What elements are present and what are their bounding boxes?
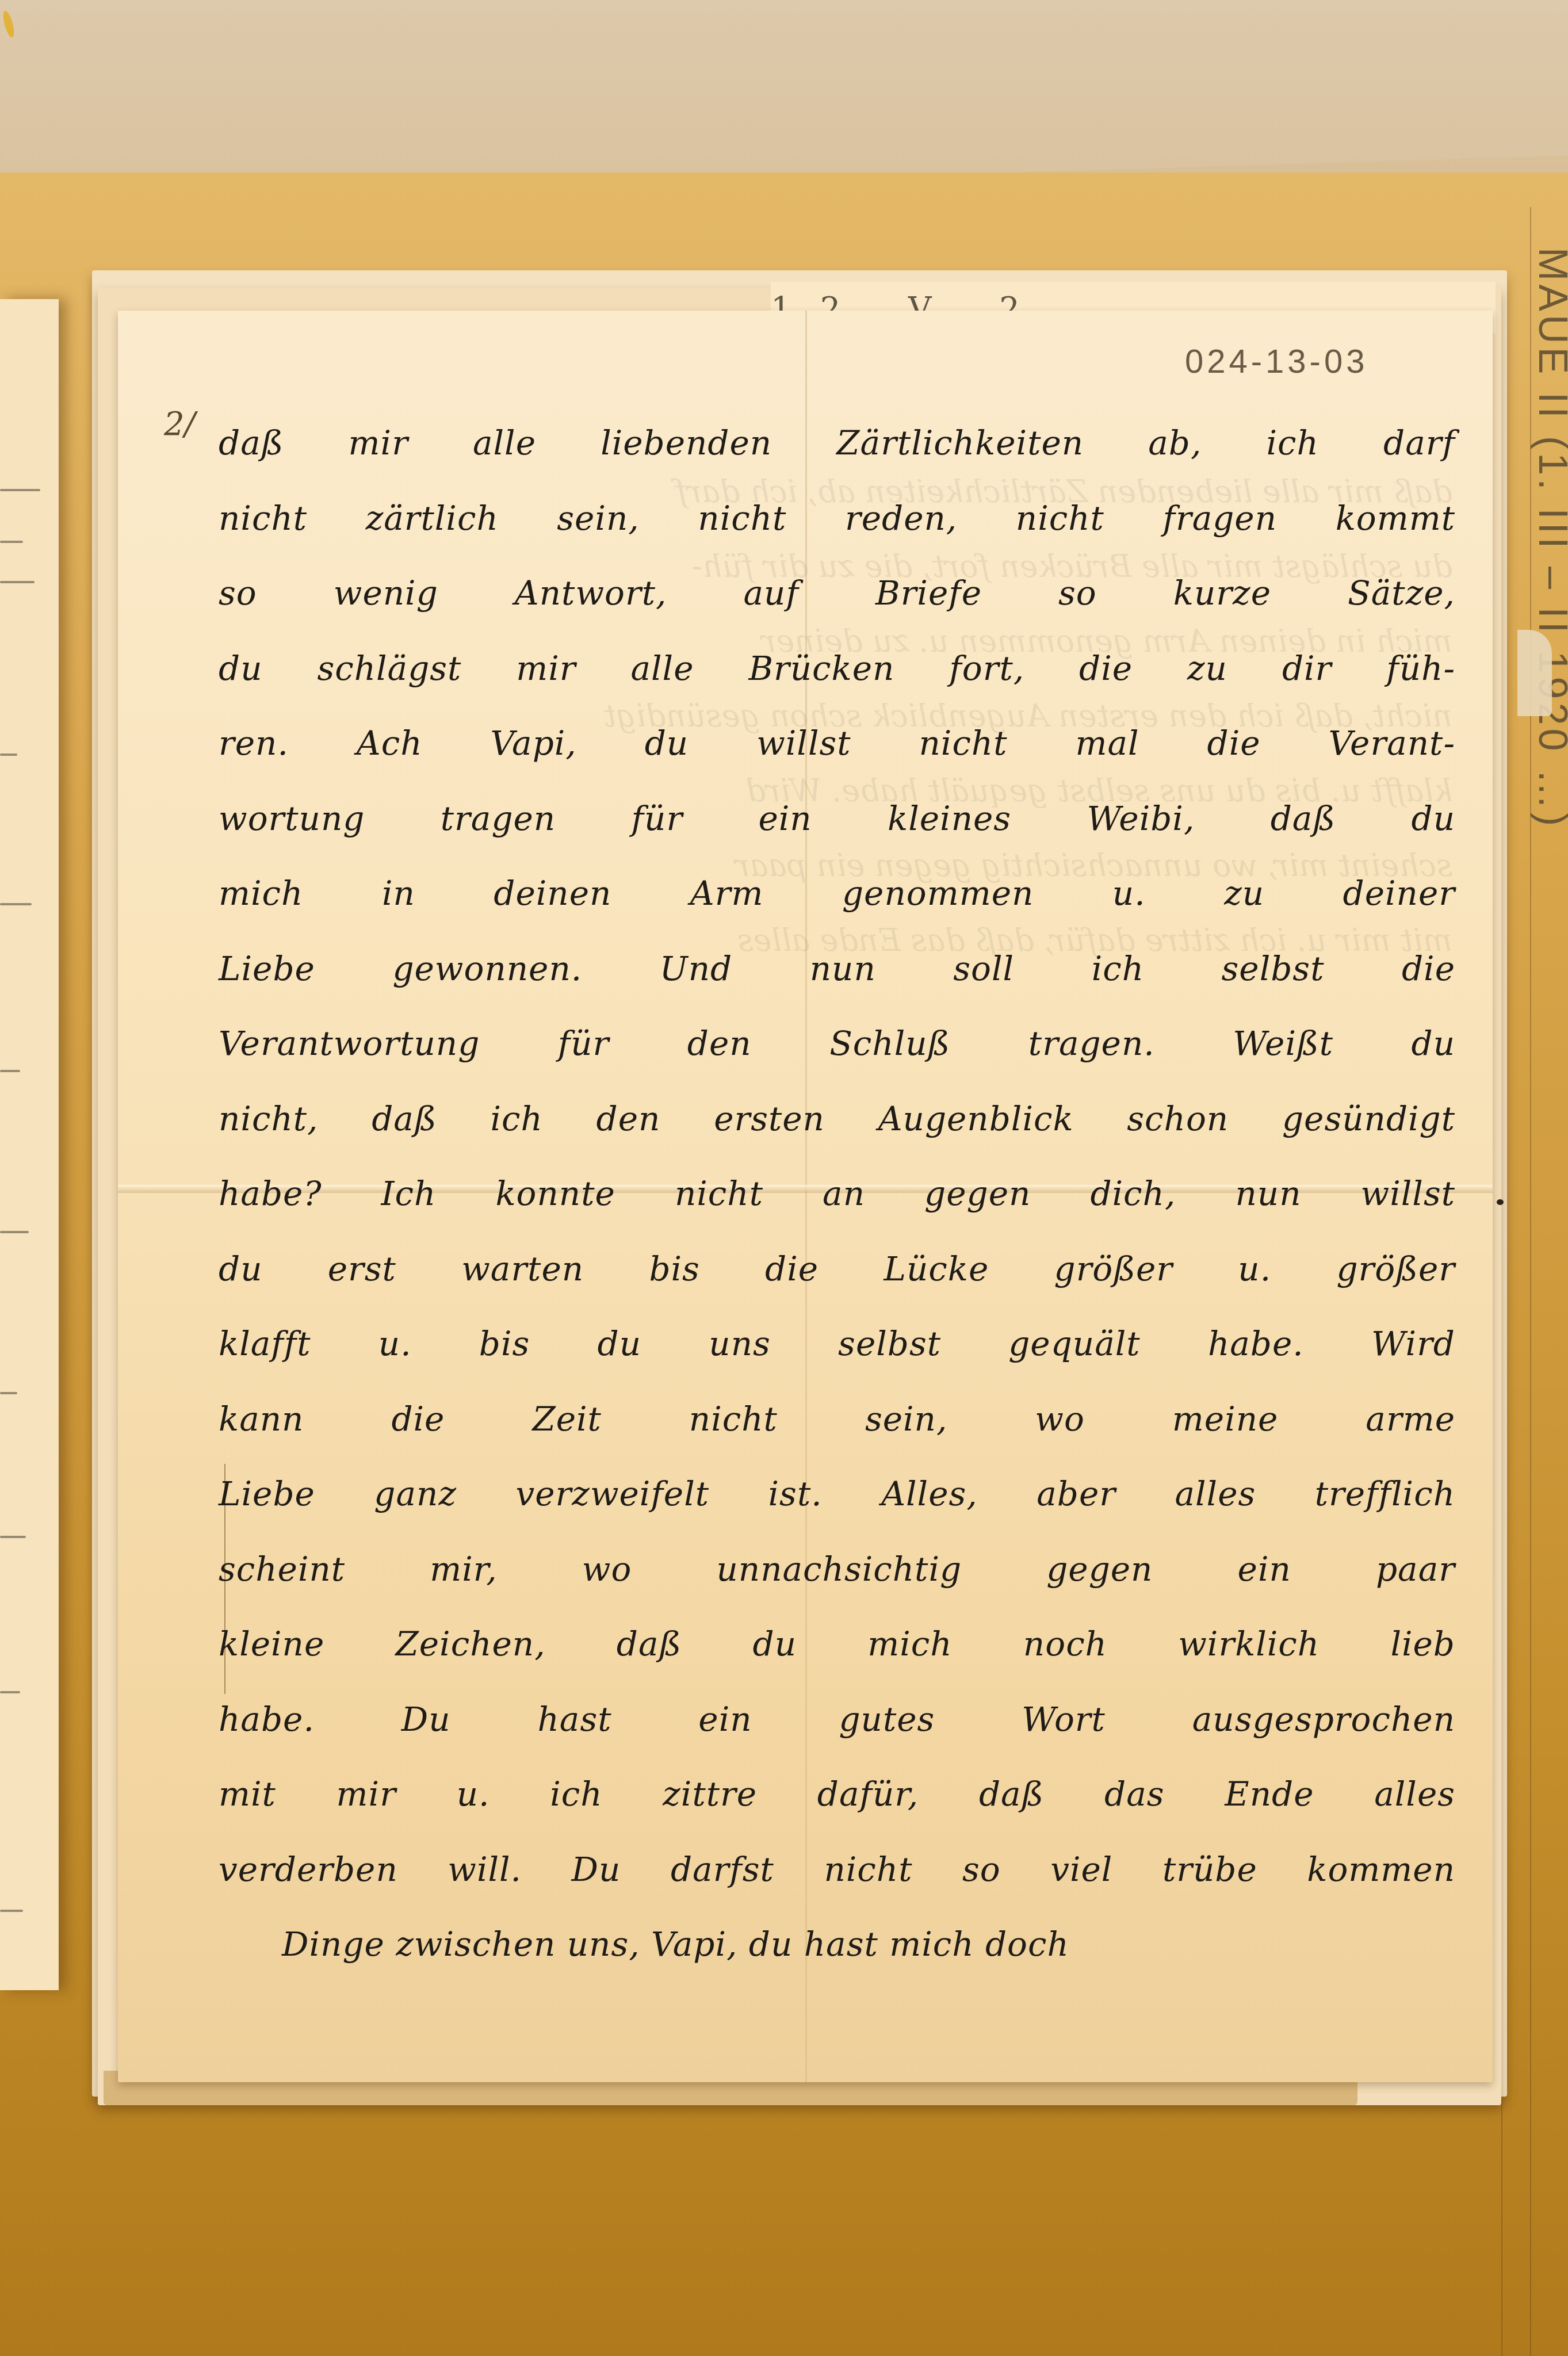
- letter-line: nicht, daß ich den ersten Augenblick sch…: [219, 1096, 1455, 1171]
- folder-label: MAUE II (1. III – II 1920 …): [1530, 247, 1568, 829]
- letter-line: kleine Zeichen, daß du mich noch wirklic…: [219, 1621, 1455, 1696]
- ink-stroke: [0, 489, 40, 491]
- letter-body: daß mir alle liebenden Zärtlichkeiten ab…: [219, 420, 1455, 1997]
- table-surface: [0, 0, 1568, 190]
- letter-line: Dinge zwischen uns, Vapi, du hast mich d…: [219, 1921, 1455, 1997]
- letter-line: ren. Ach Vapi, du willst nicht mal die V…: [219, 720, 1455, 795]
- letter-line: kann die Zeit nicht sein, wo meine arme: [219, 1396, 1455, 1471]
- letter-line: scheint mir, wo unnachsichtig gegen ein …: [219, 1546, 1455, 1621]
- adjacent-letter-page: [0, 299, 59, 1990]
- letter-line: Verantwortung für den Schluß tragen. Wei…: [219, 1020, 1455, 1096]
- ink-stroke: [0, 1536, 26, 1538]
- punch-hole: [1497, 1199, 1504, 1205]
- letter-line: daß mir alle liebenden Zärtlichkeiten ab…: [219, 420, 1455, 495]
- letter-line: klafft u. bis du uns selbst gequält habe…: [219, 1321, 1455, 1396]
- letter-line: verderben will. Du darfst nicht so viel …: [219, 1846, 1455, 1922]
- letter-line: mit mir u. ich zittre dafür, daß das End…: [219, 1771, 1455, 1846]
- ink-stroke: [0, 581, 35, 583]
- letter-line: du schlägst mir alle Brücken fort, die z…: [219, 645, 1455, 721]
- ink-stroke: [0, 1231, 29, 1233]
- letter-line: habe. Du hast ein gutes Wort ausgesproch…: [219, 1696, 1455, 1772]
- ink-stroke: [0, 1910, 23, 1912]
- letter-line: Liebe gewonnen. Und nun soll ich selbst …: [219, 946, 1455, 1021]
- ink-stroke: [0, 1691, 20, 1693]
- letter-line: mich in deinen Arm genommen u. zu deiner: [219, 870, 1455, 946]
- letter-line: Liebe ganz verzweifelt ist. Alles, aber …: [219, 1471, 1455, 1546]
- letter-line: so wenig Antwort, auf Briefe so kurze Sä…: [219, 570, 1455, 645]
- letter-line: nicht zärtlich sein, nicht reden, nicht …: [219, 495, 1455, 571]
- letter-sheet: daß mir alle liebenden Zärtlichkeiten ab…: [118, 311, 1493, 2082]
- tape-patch: [1517, 630, 1552, 716]
- ink-stroke: [0, 1070, 20, 1072]
- letter-line: habe? Ich konnte nicht an gegen dich, nu…: [219, 1171, 1455, 1246]
- ink-stroke: [0, 903, 32, 905]
- letter-line: wortung tragen für ein kleines Weibi, da…: [219, 795, 1455, 871]
- ink-stroke: [0, 754, 17, 756]
- page-number: 2/: [164, 406, 196, 443]
- archive-number: 024-13-03: [1185, 342, 1368, 381]
- ink-stroke: [0, 541, 23, 543]
- folder-edge: [1501, 2099, 1502, 2356]
- letter-line: du erst warten bis die Lücke größer u. g…: [219, 1246, 1455, 1321]
- ink-stroke: [0, 1392, 17, 1394]
